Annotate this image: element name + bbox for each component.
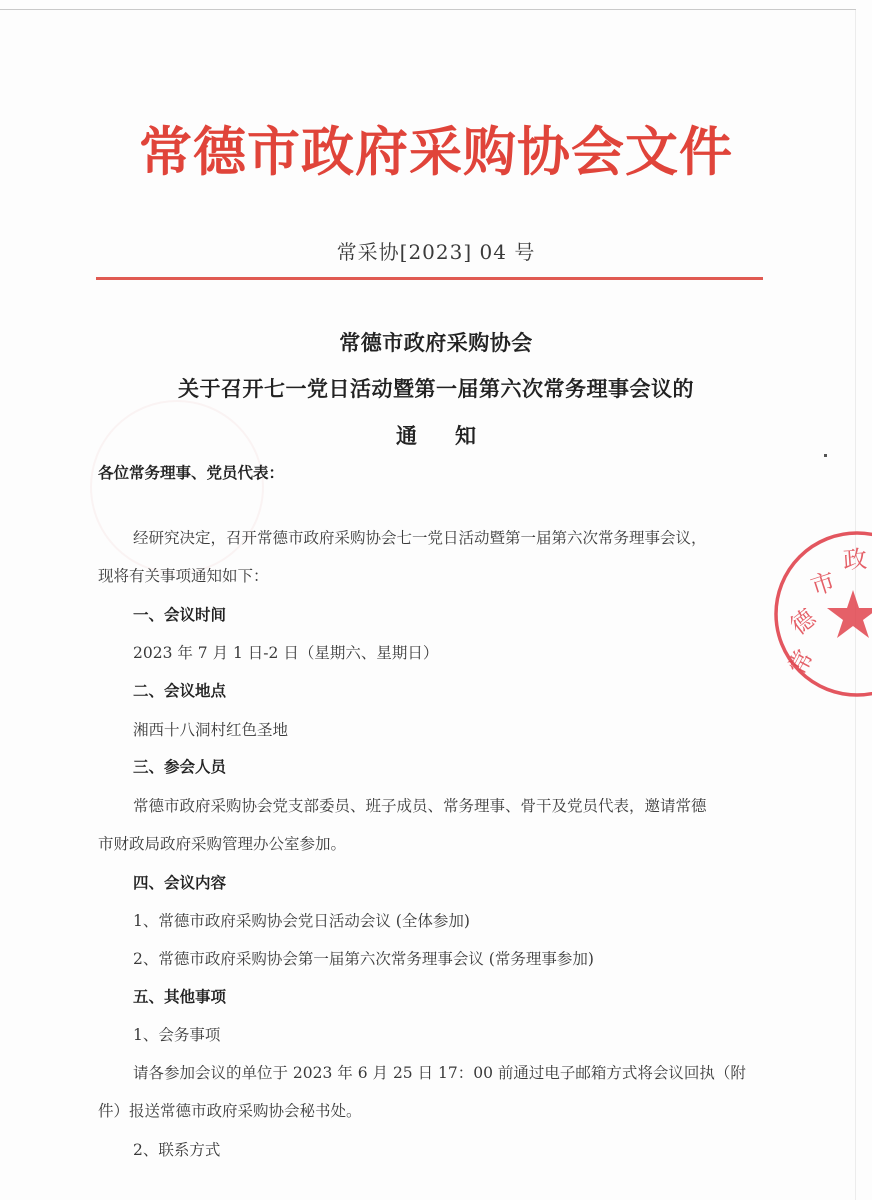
section-line: 常德市政府采购协会党支部委员、班子成员、常务理事、骨干及党员代表，邀请常德 [133,796,707,816]
intro-line: 现将有关事项通知如下： [98,566,269,586]
section-line: 2023 年 7 月 1 日-2 日（星期六、星期日） [133,643,438,663]
section-line: 1、会务事项 [133,1025,220,1045]
scan-speck [824,454,827,457]
intro-line: 经研究决定，召开常德市政府采购协会七一党日活动暨第一届第六次常务理事会议， [133,528,707,548]
document-page: 常德市政府采购协会文件 常采协[2023] 04 号 常德市政府采购协会 关于召… [0,0,872,1200]
notice-title-line-1: 常德市政府采购协会 [0,327,872,357]
svg-text:市: 市 [807,567,838,601]
agenda-item: 1、常德市政府采购协会党日活动会议 (全体参加) [133,911,470,931]
masthead-title: 常德市政府采购协会文件 [0,118,872,188]
agenda-item: 2、常德市政府采购协会第一届第六次常务理事会议 (常务理事参加) [133,949,594,969]
section-heading-attendees: 三、参会人员 [133,757,226,777]
section-heading-location: 二、会议地点 [133,681,226,701]
section-line: 请各参加会议的单位于 2023 年 6 月 25 日 17：00 前通过电子邮箱… [133,1063,746,1083]
section-line: 湘西十八洞村红色圣地 [133,720,288,740]
notice-title-char-1: 通 [396,420,417,450]
svg-text:常: 常 [783,645,819,679]
section-line: 2、联系方式 [133,1140,220,1160]
salutation: 各位常务理事、党员代表： [98,463,284,483]
section-heading-agenda: 四、会议内容 [133,873,226,893]
official-seal-icon: 常 德 市 政 [773,530,872,698]
notice-title-char-2: 知 [455,420,476,450]
section-line: 市财政局政府采购管理办公室参加。 [98,834,346,854]
notice-title-line-2: 关于召开七一党日活动暨第一届第六次常务理事会议的 [0,373,872,403]
section-heading-time: 一、会议时间 [133,605,226,625]
scan-edge-line [0,9,856,10]
svg-text:德: 德 [785,603,822,640]
red-divider-rule [96,277,763,280]
section-line: 件）报送常德市政府采购协会秘书处。 [98,1101,362,1121]
document-number: 常采协[2023] 04 号 [0,236,872,265]
svg-text:政: 政 [842,545,868,575]
section-heading-other: 五、其他事项 [133,987,226,1007]
